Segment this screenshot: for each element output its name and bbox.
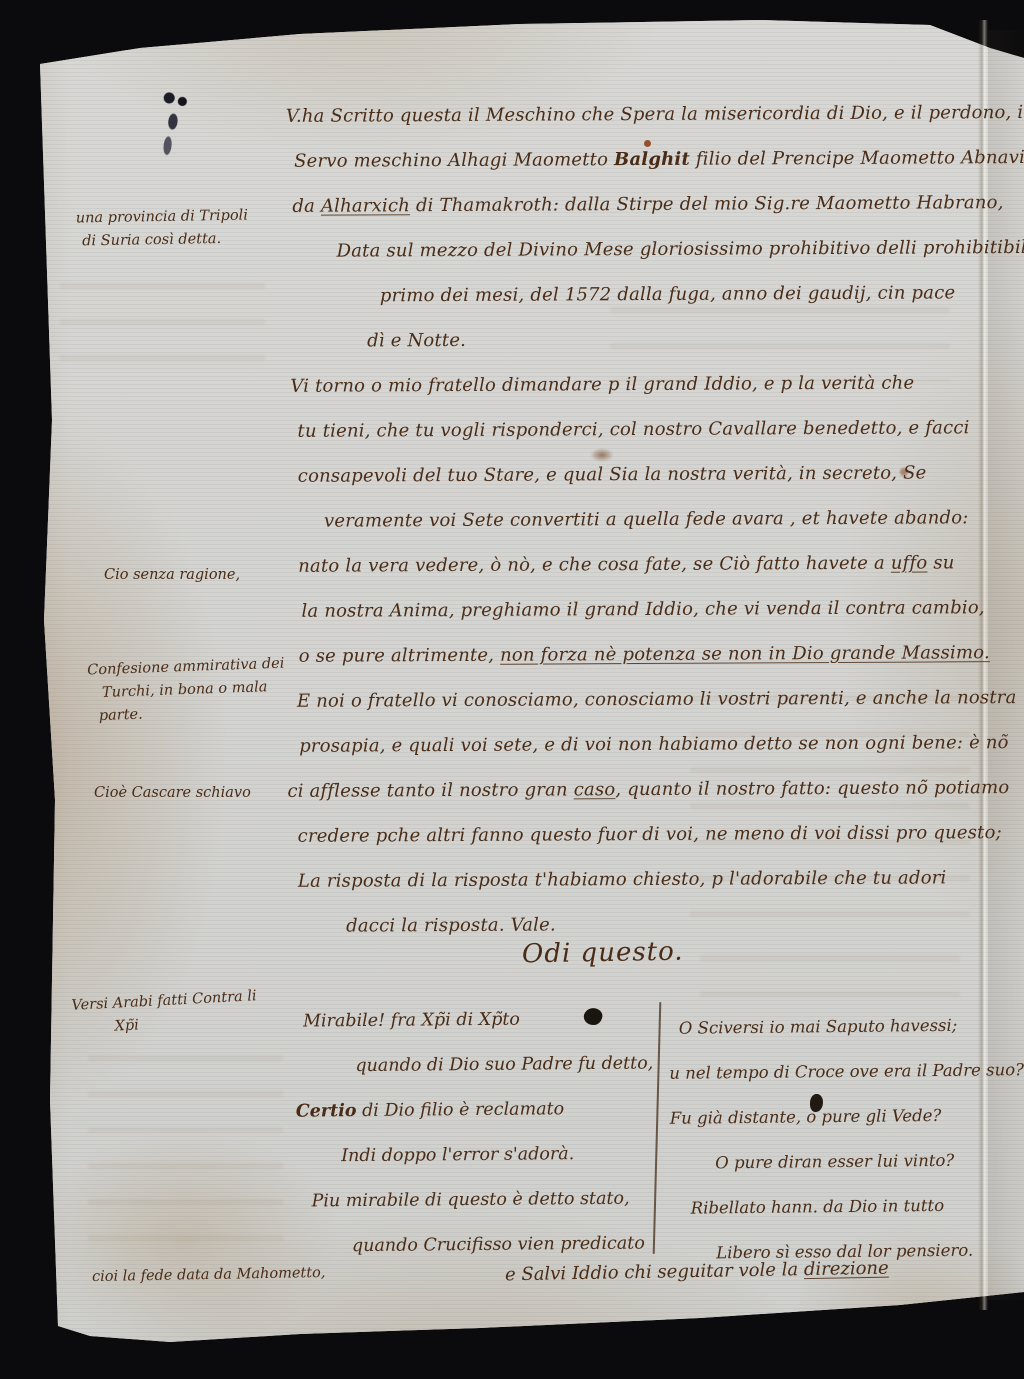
manuscript-line: u nel tempo di Croce ove era il Padre su… bbox=[669, 1047, 1014, 1096]
manuscript-line: di Suria così detta. bbox=[82, 227, 249, 253]
manuscript-line: O Sciversi io mai Saputo havessi; bbox=[679, 1002, 1014, 1051]
manuscript-line: nato la vera vedere, ò nò, e che cosa fa… bbox=[298, 540, 996, 589]
manuscript-line: Vi torno o mio fratello dimandare p il g… bbox=[290, 360, 995, 409]
manuscript-line: veramente voi Sete convertiti a quella f… bbox=[324, 495, 996, 544]
margin-note-cascare-schiavo: Cioè Cascare schiavo bbox=[94, 782, 251, 805]
manuscript-line: O pure diran esser lui vinto? bbox=[715, 1137, 1015, 1185]
manuscript-line: consapevoli del tuo Stare, e qual Sia la… bbox=[298, 450, 996, 499]
manuscript-line: da Alharxich di Thamakroth: dalla Stirpe… bbox=[292, 180, 994, 229]
manuscript-line: tu tieni, che tu vogli risponderci, col … bbox=[297, 405, 995, 454]
manuscript-line: credere pche altri fanno questo fuor di … bbox=[298, 810, 998, 859]
verse-column-left: Mirabile! fra Xp̃i di Xp̃toquando di Dio… bbox=[295, 996, 657, 1269]
letter-body-text: V.ha Scritto questa il Meschino che Sper… bbox=[284, 90, 998, 949]
margin-note-fede-mahometto: cioi la fede data da Mahometto, bbox=[92, 1262, 326, 1289]
manuscript-line: Indi doppo l'error s'adorà. bbox=[341, 1131, 656, 1179]
show-through-text bbox=[700, 940, 960, 1000]
manuscript-line: E noi o fratello vi conosciamo, conoscia… bbox=[297, 675, 997, 724]
manuscript-line: Certio di Dio filio è reclamato bbox=[296, 1086, 656, 1134]
show-through-text bbox=[60, 268, 265, 388]
manuscript-line: Ribellato hann. da Dio in tutto bbox=[690, 1182, 1015, 1230]
manuscript-line: Servo meschino Alhagi Maometto Balghit f… bbox=[294, 135, 994, 184]
manuscript-line: Mirabile! fra Xp̃i di Xp̃to bbox=[303, 996, 655, 1044]
manuscript-line: primo dei mesi, del 1572 dalla fuga, ann… bbox=[380, 270, 995, 318]
manuscript-line: o se pure altrimente, non forza nè poten… bbox=[299, 630, 997, 679]
manuscript-line: Data sul mezzo del Divino Mese gloriosis… bbox=[336, 225, 994, 273]
margin-note-provincia-tripoli: una provincia di Tripolidi Suria così de… bbox=[76, 205, 249, 254]
margin-note-versi-arabi: Versi Arabi fatti Contra liXp̃i bbox=[71, 985, 258, 1041]
manuscript-line: dì e Notte. bbox=[367, 315, 995, 363]
manuscript-line: Fu già distante, o pure gli Vede? bbox=[670, 1092, 1015, 1141]
verse-column-right: O Sciversi io mai Saputo havessi;u nel t… bbox=[669, 1002, 1017, 1276]
margin-note-confesione-turchi: Confesione ammirativa deiTurchi, in bona… bbox=[87, 653, 287, 729]
manuscript-line: e Salvi Iddio chi seguitar vole la direz… bbox=[505, 1249, 889, 1296]
section-heading-odi-questo: Odi questo. bbox=[522, 937, 684, 970]
manuscript-line: cioi la fede data da Mahometto, bbox=[92, 1262, 326, 1289]
manuscript-line: la nostra Anima, preghiamo il grand Iddi… bbox=[301, 585, 996, 634]
manuscript-line: V.ha Scritto questa il Meschino che Sper… bbox=[286, 90, 994, 139]
manuscript-line: Cioè Cascare schiavo bbox=[94, 782, 251, 805]
manuscript-line: ci afflesse tanto il nostro gran caso, q… bbox=[287, 765, 997, 814]
manuscript-line: prosapia, e quali voi sete, e di voi non… bbox=[299, 720, 997, 769]
margin-note-senza-ragione: Cio senza ragione, bbox=[104, 564, 240, 587]
closing-blessing-line: e Salvi Iddio chi seguitar vole la direz… bbox=[505, 1249, 889, 1296]
manuscript-line: Cio senza ragione, bbox=[104, 564, 240, 587]
manuscript-line: una provincia di Tripoli bbox=[76, 205, 249, 231]
manuscript-line: quando di Dio suo Padre fu detto, bbox=[355, 1041, 655, 1089]
manuscript-line: La risposta di la risposta t'habiamo chi… bbox=[298, 855, 998, 904]
manuscript-line: Piu mirabile di questo è detto stato, bbox=[311, 1176, 656, 1224]
show-through-text bbox=[88, 1040, 283, 1265]
